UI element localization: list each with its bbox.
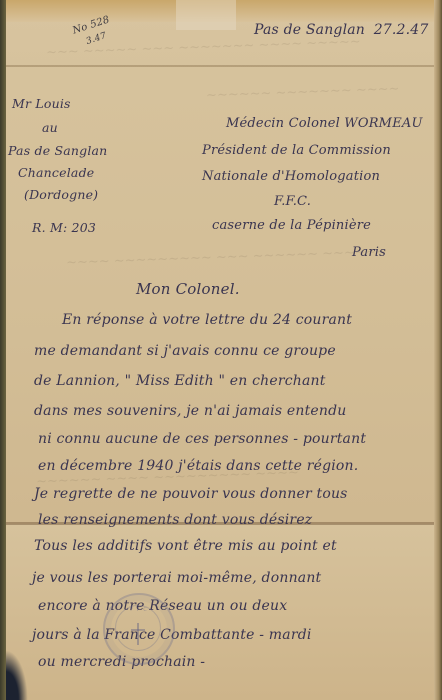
- tape-strip: [176, 0, 236, 30]
- fold-line: [6, 65, 442, 67]
- sender-reference: R. M: 203: [32, 220, 96, 235]
- sender-au: au: [42, 120, 58, 135]
- ffc-stamp: F F C: [103, 593, 175, 665]
- recipient-address: caserne de la Pépinière: [212, 218, 371, 233]
- cross-of-lorraine-icon: [131, 623, 145, 645]
- body-line: ni connu aucune de ces personnes - pourt…: [38, 431, 366, 447]
- body-line: de Lannion, " Miss Edith " en cherchant: [34, 373, 326, 389]
- recipient-org: F.F.C.: [274, 194, 311, 209]
- scan-right-edge: [434, 0, 442, 700]
- body-line: En réponse à votre lettre du 24 courant: [62, 312, 352, 328]
- body-line: en décembre 1940 j'étais dans cette régi…: [38, 458, 358, 474]
- body-line: me demandant si j'avais connu ce groupe: [34, 343, 336, 359]
- body-line: Je regrette de ne pouvoir vous donner to…: [34, 486, 348, 502]
- corner-shadow: [6, 650, 28, 700]
- sender-name: Mr Louis: [12, 96, 71, 111]
- sender-town: Chancelade: [18, 165, 94, 180]
- body-line: dans mes souvenirs, je n'ai jamais enten…: [34, 403, 347, 419]
- greeting: Mon Colonel.: [136, 280, 240, 298]
- sender-department: (Dordogne): [24, 187, 98, 202]
- recipient-name: Médecin Colonel WORMEAU: [226, 116, 423, 131]
- body-line: je vous les porterai moi-même, donnant: [32, 570, 321, 586]
- recipient-commission: Nationale d'Homologation: [202, 169, 380, 184]
- stamp-text: F F C: [105, 607, 173, 613]
- date: 27.2.47: [374, 22, 429, 38]
- place-and-date: Pas de Sanglan 27.2.47: [254, 22, 429, 38]
- body-line: Tous les additifs vont être mis au point…: [34, 538, 337, 554]
- bleed-through-text: ~~~~ ~~~~~~~~~ ~~~ ~~~~~~ ~~~~~~: [66, 244, 388, 270]
- bleed-through-text: ~~~~~~ ~~~~~~~ ~~~~: [206, 82, 400, 104]
- recipient-city: Paris: [352, 245, 386, 260]
- recipient-title: Président de la Commission: [202, 143, 391, 158]
- body-line: les renseignements dont vous désirez: [38, 512, 312, 528]
- sender-place: Pas de Sanglan: [8, 143, 107, 158]
- place: Pas de Sanglan: [254, 22, 365, 38]
- letter-page: ~~~ ~~~~~ ~~~ ~~~~~~~ ~~~~ ~~~~~ ~~~~~~ …: [6, 0, 442, 700]
